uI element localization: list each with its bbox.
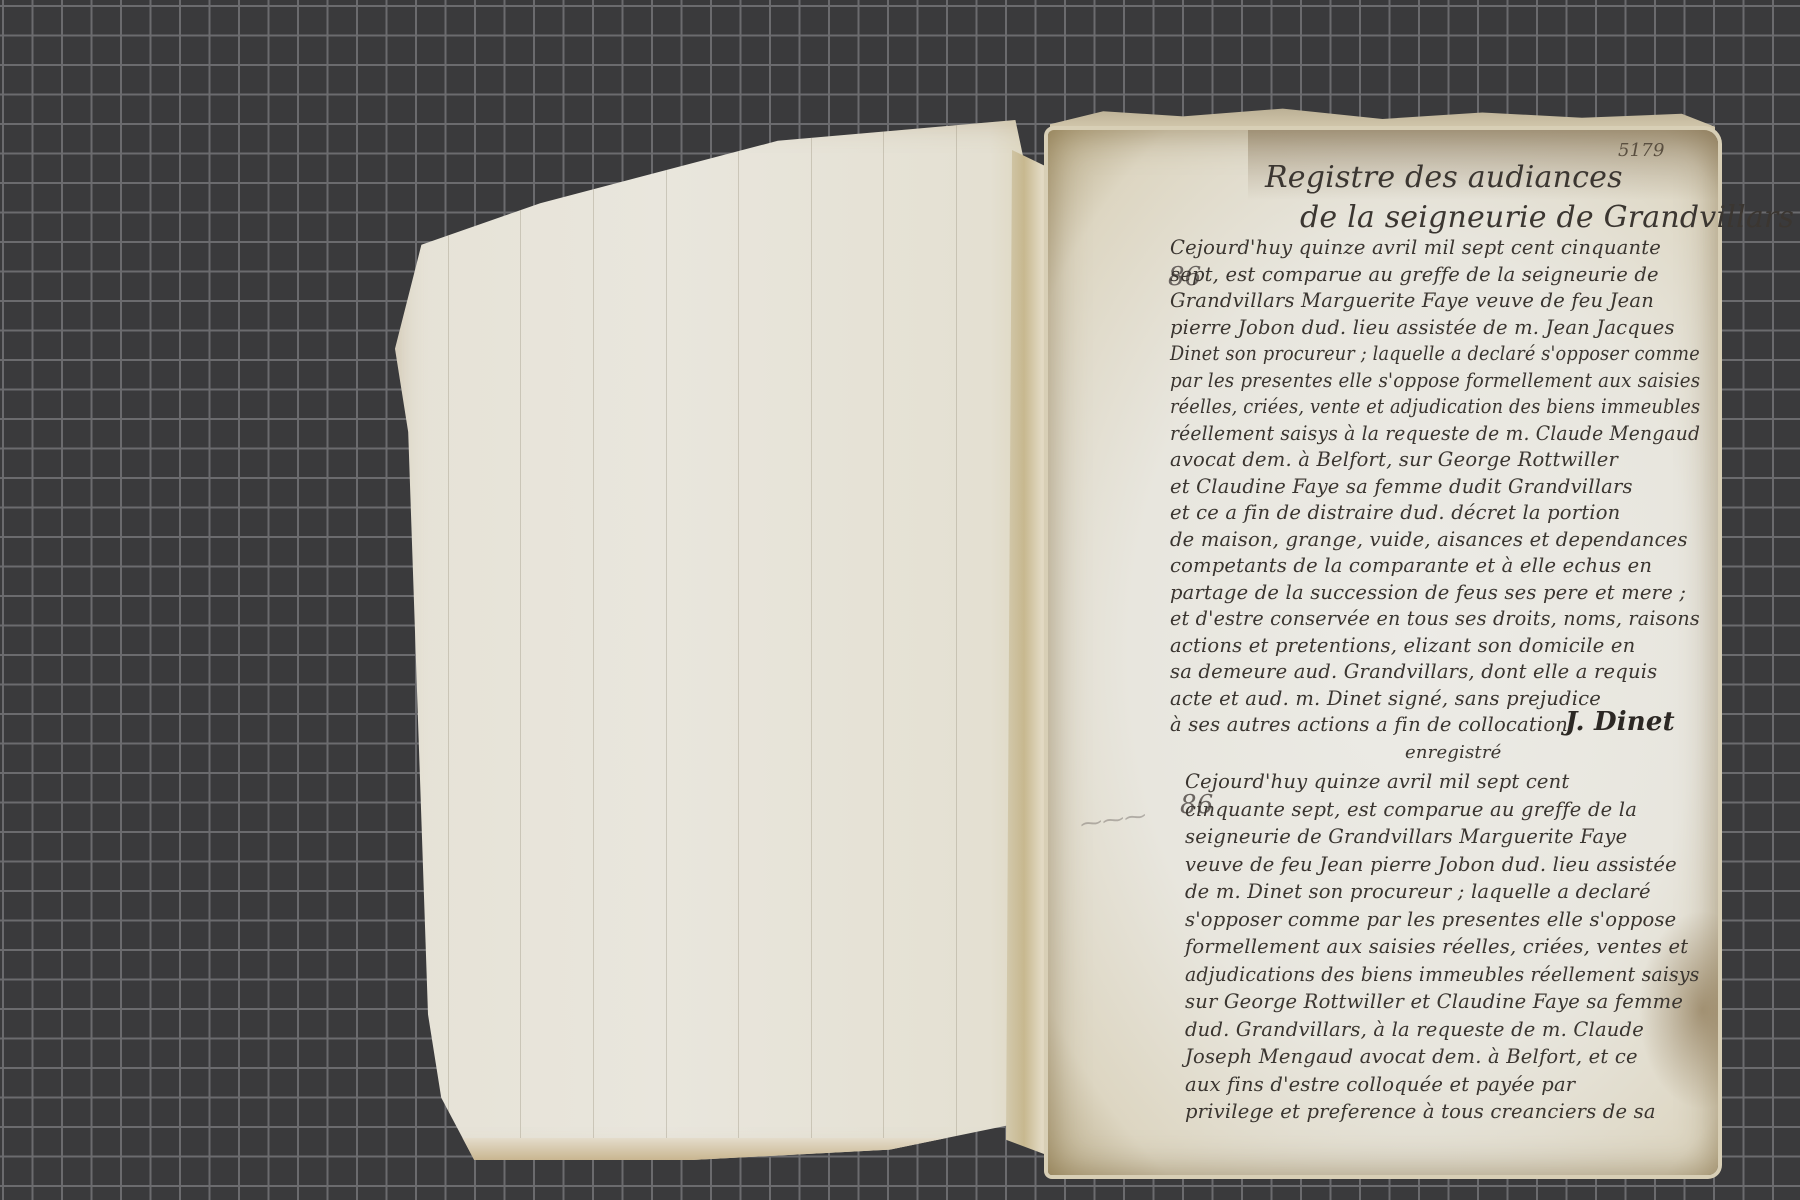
ruled-line	[593, 120, 594, 1160]
entry-line: partage de la succession de feus ses per…	[1170, 581, 1686, 604]
torn-top-edge	[1050, 106, 1715, 132]
entry-line: par les presentes elle s'oppose formelle…	[1170, 369, 1700, 392]
entry-line: competants de la comparante et à elle ec…	[1170, 554, 1652, 577]
entry-line: avocat dem. à Belfort, sur George Rottwi…	[1170, 448, 1618, 471]
water-stain	[461, 1138, 1055, 1160]
entry-line: dud. Grandvillars, à la requeste de m. C…	[1185, 1018, 1644, 1041]
entry-line: et Claudine Faye sa femme dudit Grandvil…	[1170, 475, 1633, 498]
entry-line: formellement aux saisies réelles, criées…	[1185, 935, 1688, 958]
entry-line: réelles, criées, vente et adjudication d…	[1170, 395, 1700, 418]
ruled-line	[738, 120, 739, 1160]
entry-line: Cejourd'huy quinze avril mil sept cent c…	[1170, 236, 1661, 259]
entry-line: actions et pretentions, elizant son domi…	[1170, 634, 1635, 657]
entry-line: à ses autres actions a fin de collocatio…	[1170, 713, 1574, 736]
entry-line: de maison, grange, vuide, aisances et de…	[1170, 528, 1688, 551]
entry-line: Dinet son procureur ; laquelle a declaré…	[1170, 342, 1700, 365]
ruled-line	[811, 120, 812, 1160]
signature: J. Dinet	[1565, 707, 1675, 737]
registration-mark: enregistré	[1405, 742, 1502, 763]
entry-line: cinquante sept, est comparue au greffe d…	[1185, 798, 1637, 821]
entry-line: acte et aud. m. Dinet signé, sans prejud…	[1170, 687, 1601, 710]
entry-line: adjudications des biens immeubles réelle…	[1185, 963, 1700, 986]
ruled-line	[883, 120, 884, 1160]
register-title: Registre des audiances	[1265, 160, 1623, 195]
entry-line: et ce a fin de distraire dud. décret la …	[1170, 501, 1620, 524]
ruled-line	[666, 120, 667, 1160]
folio-number: 5179	[1618, 140, 1665, 161]
entry-line: et d'estre conservée en tous ses droits,…	[1170, 607, 1700, 630]
entry-line: Grandvillars Marguerite Faye veuve de fe…	[1170, 289, 1654, 312]
entry-line: réellement saisys à la requeste de m. Cl…	[1170, 422, 1700, 445]
entry-line: sur George Rottwiller et Claudine Faye s…	[1185, 990, 1683, 1013]
ruled-line	[448, 120, 449, 1160]
entry-line: pierre Jobon dud. lieu assistée de m. Je…	[1170, 316, 1675, 339]
entry-line: s'opposer comme par les presentes elle s…	[1185, 908, 1676, 931]
entry-line: Joseph Mengaud avocat dem. à Belfort, et…	[1185, 1045, 1638, 1068]
entry-line: veuve de feu Jean pierre Jobon dud. lieu…	[1185, 853, 1677, 876]
ruled-line	[520, 120, 521, 1160]
register-subtitle: de la seigneurie de Grandvillars	[1300, 200, 1794, 235]
entry-line: de m. Dinet son procureur ; laquelle a d…	[1185, 880, 1651, 903]
ruled-line	[956, 120, 957, 1160]
entry-line: seigneurie de Grandvillars Marguerite Fa…	[1185, 825, 1627, 848]
entry-line: Cejourd'huy quinze avril mil sept cent	[1185, 770, 1569, 793]
entry-line: aux fins d'estre colloquée et payée par	[1185, 1073, 1575, 1096]
entry-line: sept, est comparue au greffe de la seign…	[1170, 263, 1659, 286]
entry-line: sa demeure aud. Grandvillars, dont elle …	[1170, 660, 1657, 683]
left-page-blank-leaf	[395, 120, 1055, 1160]
entry-line: privilege et preference à tous creancier…	[1185, 1100, 1656, 1123]
